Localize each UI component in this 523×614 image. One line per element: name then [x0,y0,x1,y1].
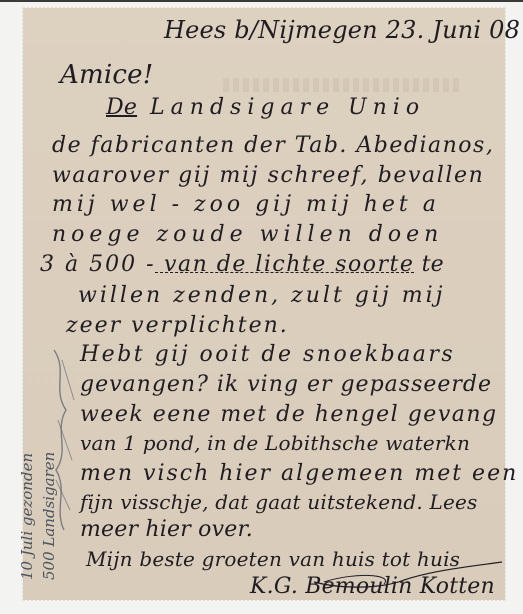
letter-line: mij wel - zoo gij mij het a [52,192,440,217]
signature-flourish [304,560,504,590]
letter-line: week eene met de hengel gevang [80,402,498,427]
letter-line: meer hier over. [80,517,253,542]
letter-date-line: Hees b/Nijmegen 23. Juni 08 [164,16,520,44]
letter-line: willen zenden, zult gij mij [78,283,445,308]
line-text: te [414,252,443,277]
underlined-word: De [106,95,137,120]
letter-line: gevangen? ik ving er gepasseerde [80,372,492,397]
faint-printed-text [223,78,463,92]
letter-line: fijn visschje, dat gaat uitstekend. Lees [80,490,477,514]
letter-line: waarover gij mij schreef, bevallen [52,163,484,188]
dashed-underlined-text: van de lichte soorte [156,252,415,277]
line-text: Landsigare Unio [137,95,425,120]
scan-top-edge [0,0,523,2]
margin-note-line1: 10 Juli gezonden [18,453,36,580]
letter-line: Hebt gij ooit de snoekbaars [80,342,455,367]
letter-line: noege zoude willen doen [52,222,443,247]
letter-line: van 1 pond, in de Lobithsche waterkn [80,431,470,455]
letter-salutation: Amice! [60,60,153,90]
letter-line: De Landsigare Unio [106,95,425,120]
letter-line: 3 à 500 - van de lichte soorte te [40,252,444,277]
letter-line: men visch hier algemeen met een [80,461,518,486]
line-text: 3 à 500 - [40,252,156,277]
letter-line: de fabricanten der Tab. Abedianos, [52,133,494,158]
pencil-scribble [48,340,78,540]
letter-line: zeer verplichten. [66,313,289,338]
